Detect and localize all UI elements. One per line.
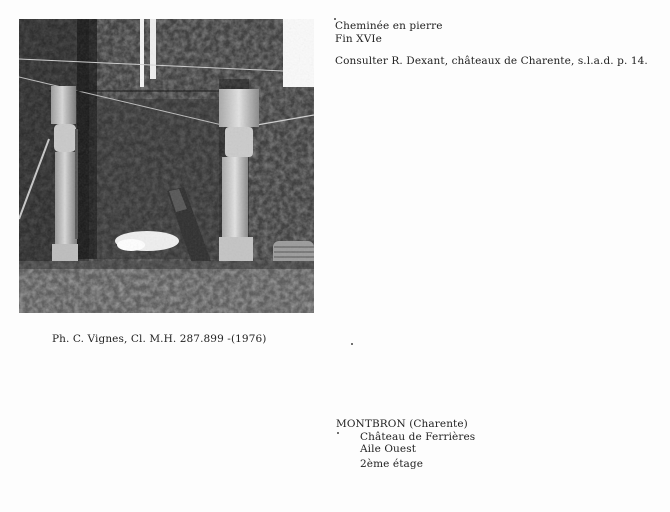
fireplace-photograph xyxy=(19,19,314,313)
photo-rendering xyxy=(19,19,314,313)
archive-record-card: Cheminée en pierre Fin XVIe Consulter R.… xyxy=(0,0,670,512)
scan-speck xyxy=(334,18,336,20)
photo-credit: Ph. C. Vignes, Cl. M.H. 287.899 -(1976) xyxy=(52,333,266,346)
subject-title: Cheminée en pierre xyxy=(335,20,443,33)
subject-reference: Consulter R. Dexant, châteaux de Charent… xyxy=(335,55,648,68)
subject-date: Fin XVIe xyxy=(335,33,382,46)
scan-speck xyxy=(337,432,339,434)
location-wing: Aile Ouest xyxy=(360,443,416,456)
location-commune: MONTBRON (Charente) xyxy=(336,418,468,431)
location-floor: 2ème étage xyxy=(360,458,423,471)
scan-speck xyxy=(351,343,353,345)
